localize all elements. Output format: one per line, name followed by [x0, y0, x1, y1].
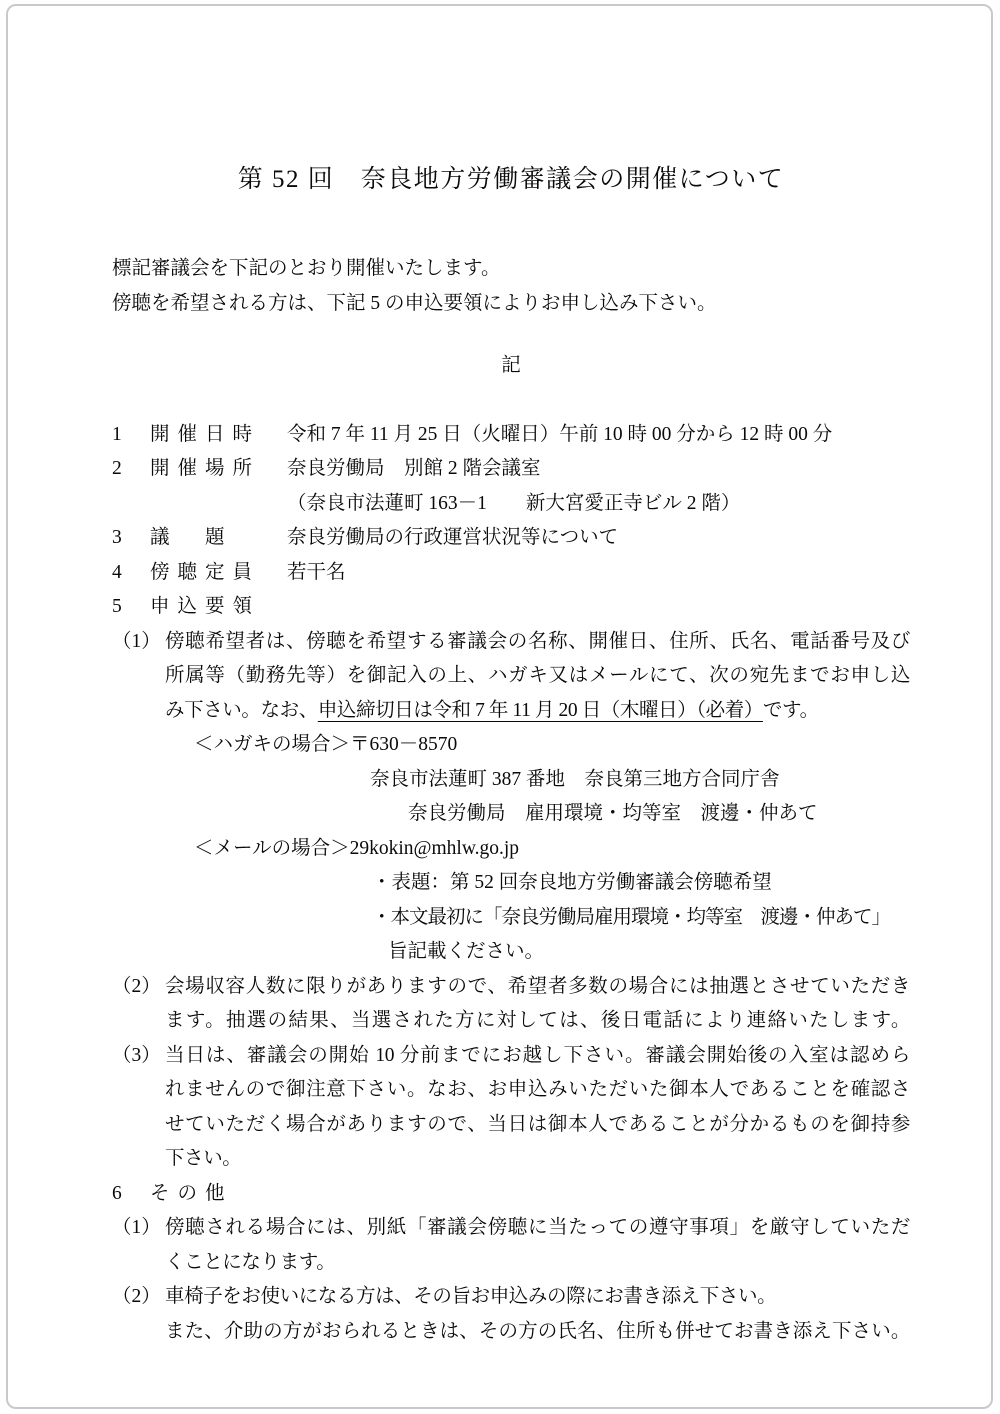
document-content: 第 52 回 奈良地方労働審議会の開催について 標記審議会を下記のとおり開催いた…	[112, 0, 910, 1349]
postcard-case-label: ＜ハガキの場合＞〒630－8570	[194, 728, 910, 763]
paragraph-line: 車椅子をお使いになる方は、その旨お申込みの際にお書き添え下さい。	[165, 1280, 910, 1315]
paragraph: 傍聴希望者は、傍聴を希望する審議会の名称、開催日、住所、氏名、電話番号及び 所属…	[165, 625, 910, 729]
item-number: 3	[112, 521, 150, 556]
numbered-list: 1 開催日時 令和 7 年 11 月 25 日（火曜日）午前 10 時 00 分…	[112, 418, 910, 1350]
item-label: 開催日時	[150, 418, 287, 453]
postcard-address-line-1: 奈良市法蓮町 387 番地 奈良第三地方合同庁舎	[370, 763, 910, 798]
intro-paragraph: 標記審議会を下記のとおり開催いたします。 傍聴を希望される方は、下記 5 の申込…	[112, 252, 910, 321]
paragraph: 車椅子をお使いになる方は、その旨お申込みの際にお書き添え下さい。 また、介助の方…	[165, 1280, 910, 1349]
paragraph-line: また、介助の方がおられるときは、その方の氏名、住所も併せてお書き添え下さい。	[165, 1315, 910, 1350]
paragraph-line: 所属等（勤務先等）を御記入の上、ハガキ又はメールにて、次の宛先までお申し込	[165, 659, 910, 694]
paragraph: 傍聴される場合には、別紙「審議会傍聴に当たっての遵守事項」を厳守していただ くこ…	[165, 1211, 910, 1280]
paragraph-line: 下さい。	[165, 1142, 910, 1177]
item-value: 若干名	[287, 556, 910, 591]
sub-item-marker: （1）	[112, 1211, 165, 1280]
sub-item-marker: （1）	[112, 625, 165, 729]
record-marker: 記	[112, 349, 910, 384]
paragraph-line: くことになります。	[165, 1246, 910, 1281]
sub-item-marker: （3）	[112, 1039, 165, 1177]
item-number: 2	[112, 452, 150, 487]
item-value: 奈良労働局の行政運営状況等について	[287, 521, 910, 556]
application-sub-item-1: （1） 傍聴希望者は、傍聴を希望する審議会の名称、開催日、住所、氏名、電話番号及…	[112, 625, 910, 729]
paragraph-line: 会場収容人数に限りがありますので、希望者多数の場合には抽選とさせていただき	[165, 970, 910, 1005]
list-item-date: 1 開催日時 令和 7 年 11 月 25 日（火曜日）午前 10 時 00 分…	[112, 418, 910, 453]
item-label: 議 題	[150, 521, 287, 556]
application-sub-item-2: （2） 会場収容人数に限りがありますので、希望者多数の場合には抽選とさせていただ…	[112, 970, 910, 1039]
item-label: 開催場所	[150, 452, 287, 487]
deadline-suffix: です。	[763, 700, 819, 721]
item-label: その他	[150, 1177, 287, 1212]
paragraph-line: み下さい。なお、申込締切日は令和 7 年 11 月 20 日（木曜日）（必着）で…	[165, 694, 910, 729]
paragraph-line: 当日は、審議会の開始 10 分前までにお越し下さい。審議会開始後の入室は認めら	[165, 1039, 910, 1074]
paragraph: 会場収容人数に限りがありますので、希望者多数の場合には抽選とさせていただき ます…	[165, 970, 910, 1039]
item-number: 5	[112, 590, 150, 625]
list-item-agenda: 3 議 題 奈良労働局の行政運営状況等について	[112, 521, 910, 556]
item-value: 奈良労働局 別館 2 階会議室	[287, 452, 910, 487]
list-item-other: 6 その他	[112, 1177, 910, 1212]
list-item-application: 5 申込要領	[112, 590, 910, 625]
deadline-prefix: み下さい。なお、	[165, 700, 318, 721]
sub-item-marker: （2）	[112, 1280, 165, 1349]
intro-line-2: 傍聴を希望される方は、下記 5 の申込要領によりお申し込み下さい。	[112, 287, 910, 322]
paragraph: 当日は、審議会の開始 10 分前までにお越し下さい。審議会開始後の入室は認めら …	[165, 1039, 910, 1177]
mail-body-note-line-2: 旨記載ください。	[388, 935, 910, 970]
document-page: 第 52 回 奈良地方労働審議会の開催について 標記審議会を下記のとおり開催いた…	[0, 0, 1000, 1414]
other-sub-item-2: （2） 車椅子をお使いになる方は、その旨お申込みの際にお書き添え下さい。 また、…	[112, 1280, 910, 1349]
item-value: 令和 7 年 11 月 25 日（火曜日）午前 10 時 00 分から 12 時…	[287, 418, 910, 453]
paragraph-line: 傍聴希望者は、傍聴を希望する審議会の名称、開催日、住所、氏名、電話番号及び	[165, 625, 910, 660]
mail-body-note-line-1: ・本文最初に「奈良労働局雇用環境・均等室 渡邊・仲あて」	[372, 901, 910, 936]
list-item-place: 2 開催場所 奈良労働局 別館 2 階会議室	[112, 452, 910, 487]
item-number: 4	[112, 556, 150, 591]
paragraph-line: れませんので御注意下さい。なお、お申込みいただいた御本人であることを確認さ	[165, 1073, 910, 1108]
item-label: 傍聴定員	[150, 556, 287, 591]
sub-item-marker: （2）	[112, 970, 165, 1039]
intro-line-1: 標記審議会を下記のとおり開催いたします。	[112, 252, 910, 287]
list-item-place-address: （奈良市法蓮町 163－1 新大宮愛正寺ビル 2 階）	[287, 487, 910, 522]
list-item-capacity: 4 傍聴定員 若干名	[112, 556, 910, 591]
document-title: 第 52 回 奈良地方労働審議会の開催について	[112, 162, 910, 198]
other-sub-item-1: （1） 傍聴される場合には、別紙「審議会傍聴に当たっての遵守事項」を厳守していた…	[112, 1211, 910, 1280]
paragraph-line: ます。抽選の結果、当選された方に対しては、後日電話により連絡いたします。	[165, 1004, 910, 1039]
item-number: 1	[112, 418, 150, 453]
application-sub-item-3: （3） 当日は、審議会の開始 10 分前までにお越し下さい。審議会開始後の入室は…	[112, 1039, 910, 1177]
postcard-address-line-2: 奈良労働局 雇用環境・均等室 渡邊・仲あて	[408, 797, 910, 832]
mail-case-label: ＜メールの場合＞29kokin@mhlw.go.jp	[194, 832, 910, 867]
item-label: 申込要領	[150, 590, 287, 625]
mail-subject-note: ・表題：第 52 回奈良地方労働審議会傍聴希望	[372, 866, 910, 901]
paragraph-line: せていただく場合がありますので、当日は御本人であることが分かるものを御持参	[165, 1108, 910, 1143]
paragraph-line: 傍聴される場合には、別紙「審議会傍聴に当たっての遵守事項」を厳守していただ	[165, 1211, 910, 1246]
item-number: 6	[112, 1177, 150, 1212]
deadline-underlined: 申込締切日は令和 7 年 11 月 20 日（木曜日）（必着）	[318, 700, 763, 721]
